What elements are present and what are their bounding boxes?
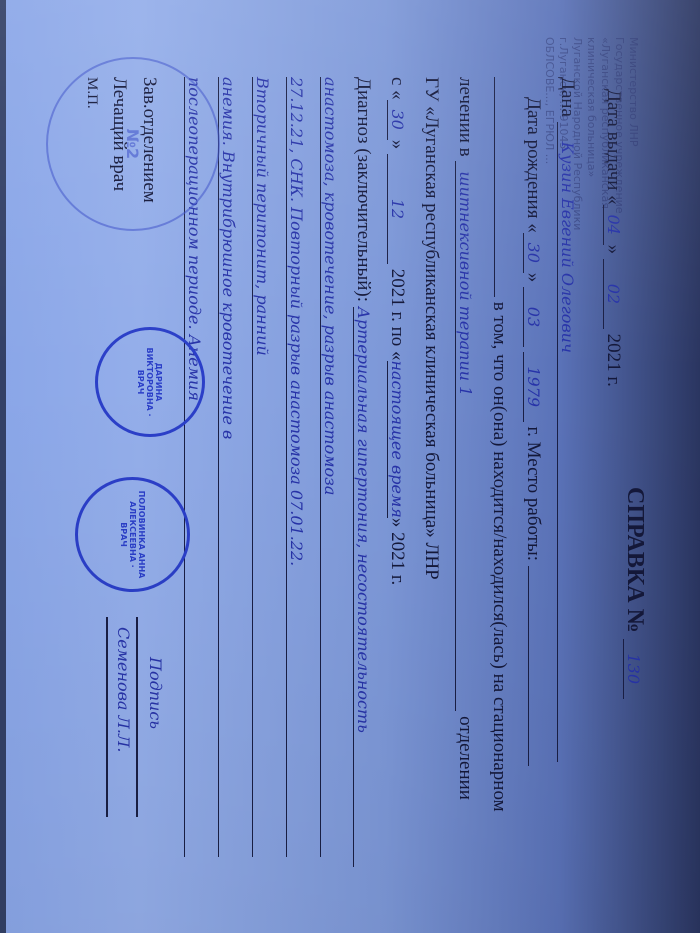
birth-label: Дата рождения « xyxy=(523,97,544,233)
diagnosis-row: анемия. Внутрибрюшное кровотечение в xyxy=(218,77,238,857)
birth-year: 1979 xyxy=(523,351,543,421)
certificate-title-row: СПРАВКА № 130 xyxy=(621,487,648,699)
treatment-row: лечении в шитнексивной терапии 1 отделен… xyxy=(454,77,476,800)
given-label: Дана xyxy=(557,77,578,117)
to-value: настоящее время xyxy=(387,360,407,517)
doctor-stamp-2: ПОЛОВИНКА АННА АЛЕКСЕЕВНА · ВРАЧ xyxy=(75,477,190,592)
diagnosis-line: 27.12.21, СНК. Повторный разрыв анастомо… xyxy=(286,77,306,857)
status-text: в том, что он(она) находится/находился(л… xyxy=(489,301,510,811)
diagnosis-row: Диагноз (заключительный): Артериальная г… xyxy=(352,77,374,867)
period-row: с «30» 12 2021 г. по «настоящее время» 2… xyxy=(386,77,408,585)
hospital-row: ГУ «Луганская республиканская клиническа… xyxy=(420,77,442,580)
department-value: шитнексивной терапии 1 xyxy=(455,161,475,711)
issue-month: 02 xyxy=(603,258,623,328)
work-value xyxy=(528,565,529,765)
patient-name: Кузин Евгений Олегович xyxy=(557,121,577,761)
certificate-page: Министерство ЛНР Государственное учрежде… xyxy=(30,17,670,917)
birth-month: 03 xyxy=(523,286,543,346)
corner-line: клиническая больница» xyxy=(584,37,598,230)
diagnosis-line: анемия. Внутрибрюшное кровотечение в xyxy=(218,77,238,857)
diagnosis-line: анастомоза, кровотечение, разрыв анастом… xyxy=(320,77,340,857)
doctor-signature-line xyxy=(107,617,109,817)
stamp-doctor2-text: ПОЛОВИНКА АННА АЛЕКСЕЕВНА · ВРАЧ xyxy=(119,488,146,581)
department-suffix: отделении xyxy=(455,716,476,800)
status-row: в том, что он(она) находится/находился(л… xyxy=(488,77,510,812)
diagnosis-row: 27.12.21, СНК. Повторный разрыв анастомо… xyxy=(286,77,306,857)
issue-year: 2021 г. xyxy=(603,333,624,386)
from-day: 30 xyxy=(387,99,407,139)
diagnosis-line: Артериальная гипертония, несостоятельнос… xyxy=(353,306,373,866)
head-signature-line xyxy=(137,617,139,817)
stamp-doctor1-text: ДАРИНА ВИКТОРОВНА · ВРАЧ xyxy=(137,338,164,426)
diagnosis-line: Вторичный перитонит, ранний xyxy=(252,77,272,857)
head-signature: Подпись xyxy=(146,657,165,729)
doctor-signature: Семенова Л.Л. xyxy=(114,627,133,752)
given-row: Дана Кузин Евгений Олегович xyxy=(556,77,578,762)
treatment-label: лечении в xyxy=(455,77,476,157)
from-label: с « xyxy=(387,77,408,100)
issue-date-label: Дата выдачи « xyxy=(603,89,624,205)
stamp-number: №2 xyxy=(124,128,143,158)
hospital-round-stamp: №2 xyxy=(46,57,220,231)
diagnosis-row: анастомоза, кровотечение, разрыв анастом… xyxy=(320,77,340,857)
doctor-stamp-1: ДАРИНА ВИКТОРОВНА · ВРАЧ xyxy=(95,327,205,437)
diagnosis-row: Вторичный перитонит, ранний xyxy=(252,77,272,857)
birth-day: 30 xyxy=(523,232,543,272)
certificate-number: 130 xyxy=(623,638,643,698)
issue-date-row: Дата выдачи «04» 02 2021 г. xyxy=(602,89,624,387)
hospital-name: ГУ «Луганская республиканская клиническа… xyxy=(421,77,442,580)
birth-row: Дата рождения «30» 03 1979 г. Место рабо… xyxy=(522,97,544,766)
corner-line: Министерство ЛНР xyxy=(626,37,640,230)
issue-day: 04 xyxy=(603,204,623,244)
to-label: 2021 г. по « xyxy=(387,268,408,360)
to-year: 2021 г. xyxy=(387,532,408,585)
page-edge xyxy=(0,0,6,933)
work-label: г. Место работы: xyxy=(523,426,544,561)
certificate-title: СПРАВКА № xyxy=(622,487,648,633)
diagnosis-label: Диагноз (заключительный): xyxy=(353,77,374,302)
from-month: 12 xyxy=(387,153,407,263)
corner-line: ОБЛСОВЕ..., ЕГРЮЛ ... xyxy=(542,37,556,230)
